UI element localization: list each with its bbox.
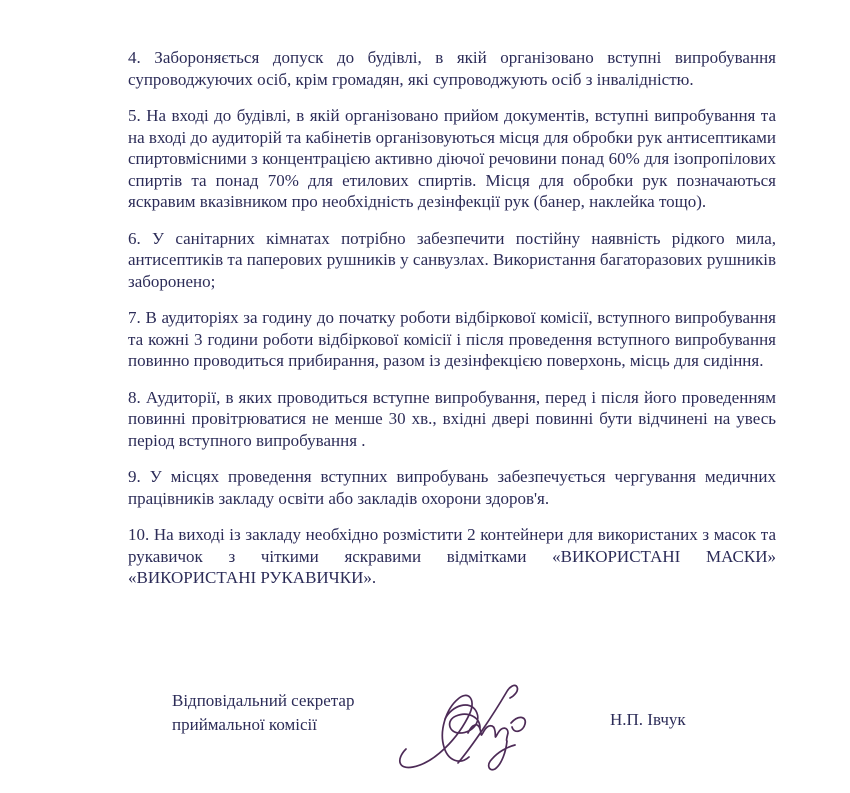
handwritten-signature-icon [388,671,540,777]
doc-paragraph-10: 10. На виході із закладу необхідно розмі… [128,524,776,589]
doc-paragraph-7: 7. В аудиторіях за годину до початку роб… [128,307,776,372]
doc-paragraph-5: 5. На вході до будівлі, в якій організов… [128,105,776,213]
doc-paragraph-4: 4. Забороняється допуск до будівлі, в як… [128,47,776,90]
signatory-role: Відповідальний секретар приймальної комі… [172,689,354,737]
scanned-document-page: 4. Забороняється допуск до будівлі, в як… [0,0,850,793]
signatory-name: Н.П. Івчук [610,710,686,730]
signatory-role-line-1: Відповідальний секретар [172,689,354,713]
doc-paragraph-8: 8. Аудиторії, в яких проводиться вступне… [128,387,776,452]
doc-paragraph-9: 9. У місцях проведення вступних випробув… [128,466,776,509]
signature-block: Відповідальний секретар приймальної комі… [128,665,776,780]
signatory-role-line-2: приймальної комісії [172,713,354,737]
doc-paragraph-6: 6. У санітарних кімнатах потрібно забезп… [128,228,776,293]
document-body: 4. Забороняється допуск до будівлі, в як… [128,47,776,589]
